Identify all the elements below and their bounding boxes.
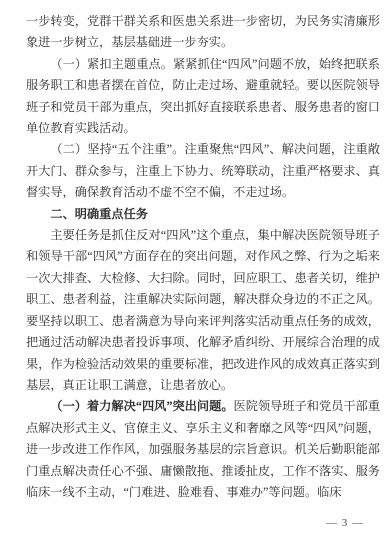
section-heading: 二、明确重点任务 [26,204,380,225]
paragraph-task-1: （一）着力解决“四风”突出问题。医院领导班子和党员干部重点解决形式主义、官僚主义… [26,396,380,503]
document-body: 一步转变，党群干群关系和医患关系进一步密切，为民务实清廉形象进一步树立，基层基础… [26,11,380,503]
paragraph-item-1: （一）紧扣主题重点。紧紧抓住“四风”问题不放，始终把联系服务职工和患者摆在首位，… [26,54,380,140]
paragraph-continuation: 一步转变，党群干群关系和医患关系进一步密切，为民务实清廉形象进一步树立，基层基础… [26,11,380,54]
page-number: — 3 — [326,516,364,530]
paragraph-task-1-rest: 医院领导班子和党员干部重点解决形式主义、官僚主义、享乐主义和奢靡之风等“四风”问… [26,399,380,499]
paragraph-main-tasks: 主要任务是抓住反对“四风”这个重点，集中解决医院领导班子和领导干部“四风”方面存… [26,225,380,396]
document-page: 一步转变，党群干群关系和医患关系进一步密切，为民务实清廉形象进一步树立，基层基础… [0,0,392,540]
paragraph-task-1-lead: （一）着力解决“四风”突出问题。 [50,399,233,413]
paragraph-item-2: （二）坚持“五个注重”。注重聚焦“四风”、解决问题，注重敞开大门、群众参与，注重… [26,139,380,203]
